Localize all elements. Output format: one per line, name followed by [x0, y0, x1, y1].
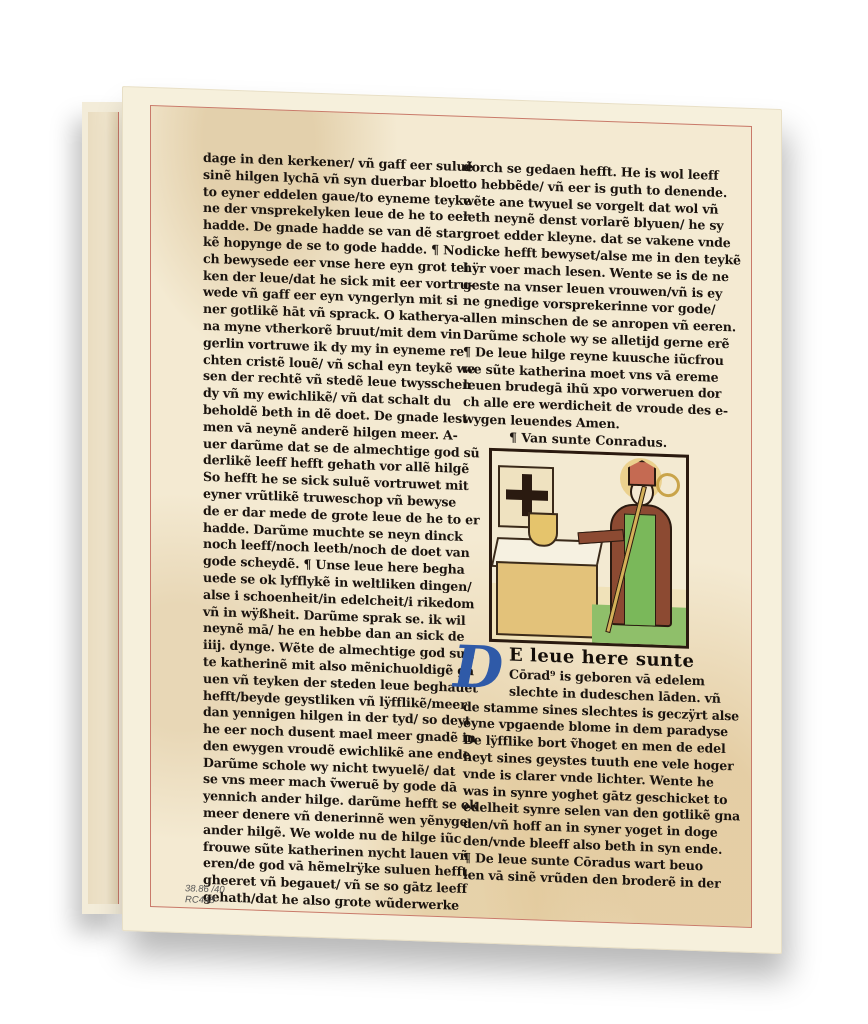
left-text-column: dage in den kerkener/ vñ gaff eer suluẽs… — [203, 150, 461, 915]
canvas-side-print — [88, 112, 119, 904]
right-text-column-top: dorch se gedaen hefft. He is wol leeffto… — [463, 159, 703, 436]
woodcut-illustration-st-conrad — [489, 448, 689, 649]
right-text-column-bottom: Cōrad⁹ is geboren vā edelemslechte in du… — [463, 665, 740, 893]
canvas-side-wrap — [82, 102, 124, 914]
manuscript-page: dage in den kerkener/ vñ gaff eer suluẽs… — [150, 105, 752, 928]
canvas-front: dage in den kerkener/ vñ gaff eer suluẽs… — [122, 86, 782, 954]
bishop-robe — [624, 514, 656, 627]
catalog-number: 38.86 /40 RC448 — [185, 883, 225, 906]
chalice-icon — [528, 512, 558, 547]
crozier-crook-icon — [656, 473, 680, 498]
catalog-number-line2: RC448 — [185, 894, 225, 906]
altar — [496, 561, 598, 639]
